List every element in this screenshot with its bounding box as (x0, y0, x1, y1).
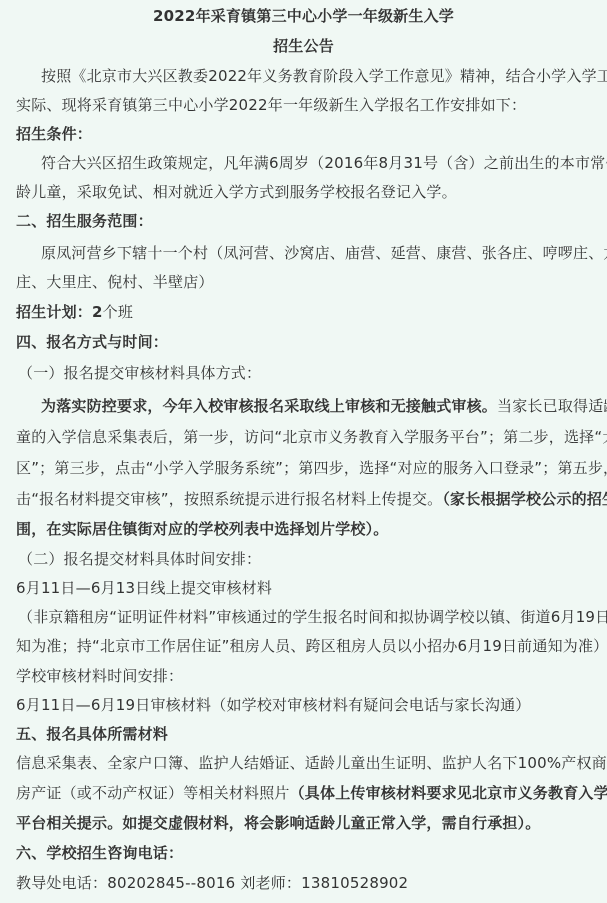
section-heading-materials: 五、报名具体所需材料 (16, 724, 168, 744)
method-line-3: 区”；第三步，点击“小学入学服务系统”；第四步，选择“对应的服务入口登录”；第五… (16, 458, 607, 478)
service-area-line-2: 庄、大里庄、倪村、半壁店） (16, 272, 214, 292)
non-local-note-line-1: （非京籍租房“证明证件材料”审核通过的学生报名时间和拟协调学校以镇、街道6月19… (18, 607, 607, 627)
enrollment-plan-unit: 个班 (103, 303, 133, 321)
submission-date-range: 6月11日—6月13日线上提交审核材料 (16, 578, 272, 598)
section-heading-service-area: 二、招生服务范围： (16, 211, 153, 231)
title-line-1: 2022年采育镇第三中心小学一年级新生入学 (0, 6, 607, 26)
enrollment-plan: 招生计划：2个班 (16, 302, 133, 322)
section-heading-contact: 六、学校招生咨询电话： (16, 843, 183, 863)
method-line-1-normal: 当家长已取得适龄儿 (497, 397, 607, 415)
school-review-date-range: 6月11日—6月19日审核材料（如学校对审核材料有疑问会电话与家长沟通） (16, 695, 530, 715)
title-line-2: 招生公告 (0, 36, 607, 56)
section-heading-registration: 四、报名方式与时间： (16, 332, 168, 352)
intro-line-1: 按照《北京市大兴区教委2022年义务教育阶段入学工作意见》精神，结合小学入学工作 (41, 66, 607, 86)
materials-line-2-normal: 房产证（或不动产权证）等相关材料照片 (16, 784, 290, 802)
non-local-note-line-2: 知为准；持“北京市工作居住证”租房人员、跨区租房人员以小招办6月19日前通知为准… (16, 636, 607, 656)
section-heading-conditions: 招生条件： (16, 124, 92, 144)
method-line-4-bold: （家长根据学校公示的招生范 (442, 490, 607, 508)
conditions-line-2: 龄儿童，采取免试、相对就近入学方式到服务学校报名登记入学。 (16, 182, 457, 202)
materials-line-1: 信息采集表、全家户口簿、监护人结婚证、适龄儿童出生证明、监护人名下100%产权商… (16, 753, 607, 773)
method-line-5: 围，在实际居住镇街对应的学校列表中选择划片学校）。 (16, 519, 389, 539)
sub-heading-time-schedule: （二）报名提交材料具体时间安排： (18, 549, 261, 569)
method-line-1-bold: 为落实防控要求，今年入校审核报名采取线上审核和无接触式审核。 (41, 397, 497, 415)
method-line-4: 击“报名材料提交审核”，按照系统提示进行报名材料上传提交。（家长根据学校公示的招… (16, 489, 607, 509)
service-area-line-1: 原凤河营乡下辖十一个村（凤河营、沙窝店、庙营、延营、康营、张各庄、哼啰庄、龙门 (41, 243, 607, 263)
intro-line-2: 实际、现将采育镇第三中心小学2022年一年级新生入学报名工作安排如下： (16, 95, 526, 115)
conditions-line-1: 符合大兴区招生政策规定，凡年满6周岁（2016年8月31号（含）之前出生的本市常… (41, 153, 607, 173)
sub-heading-submission-method: （一）报名提交审核材料具体方式： (18, 363, 261, 383)
materials-line-2-bold: （具体上传审核材料要求见北京市义务教育入学服务 (290, 784, 607, 802)
school-review-heading: 学校审核材料时间安排： (16, 666, 183, 686)
materials-line-3: 平台相关提示。如提交虚假材料，将会影响适龄儿童正常入学，需自行承担）。 (16, 813, 541, 833)
method-line-1: 为落实防控要求，今年入校审核报名采取线上审核和无接触式审核。当家长已取得适龄儿 (41, 396, 607, 416)
method-line-2: 童的入学信息采集表后，第一步，访问“北京市义务教育入学服务平台”；第二步，选择“… (16, 427, 607, 447)
enrollment-plan-label: 招生计划： (16, 303, 92, 321)
announcement-document: 2022年采育镇第三中心小学一年级新生入学 招生公告 按照《北京市大兴区教委20… (0, 0, 607, 903)
contact-phone-numbers: 教导处电话：80202845--8016 刘老师：13810528902 (16, 873, 408, 893)
method-line-4-normal: 击“报名材料提交审核”，按照系统提示进行报名材料上传提交。 (16, 490, 442, 508)
enrollment-plan-count: 2 (92, 303, 103, 321)
materials-line-2: 房产证（或不动产权证）等相关材料照片（具体上传审核材料要求见北京市义务教育入学服… (16, 783, 607, 803)
